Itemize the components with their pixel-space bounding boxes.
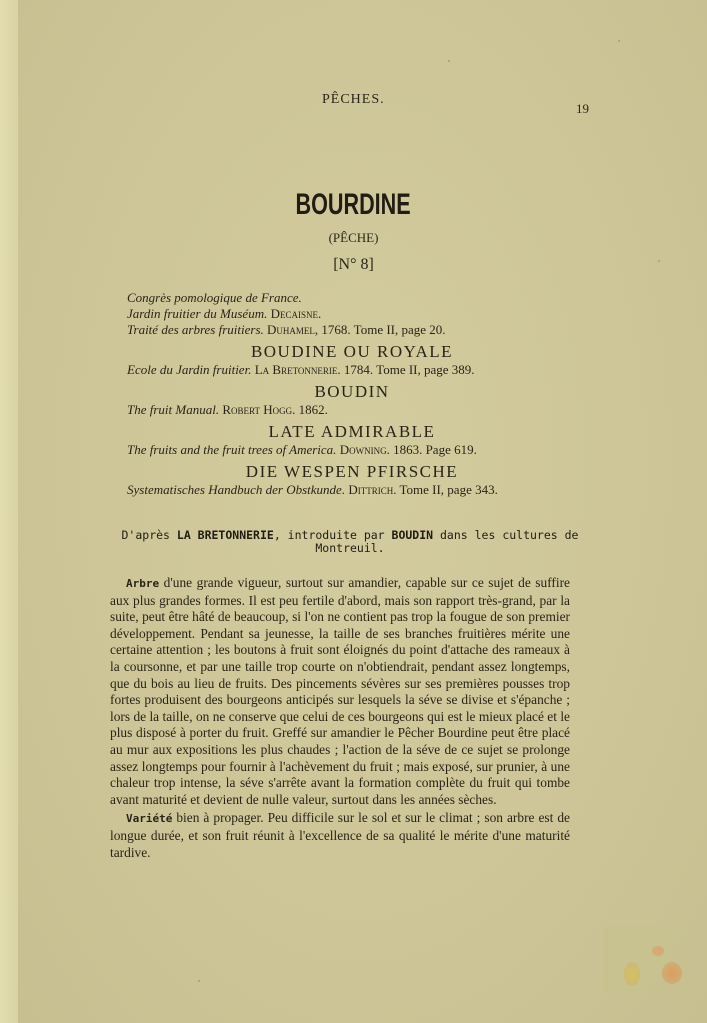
citation-author: Dittrich. bbox=[348, 482, 396, 497]
citation: Ecole du Jardin fruitier. La Bretonnerie… bbox=[127, 362, 577, 378]
citation-details: Tome II, page 343. bbox=[399, 482, 497, 497]
synonym-heading: BOUDIN bbox=[127, 382, 577, 402]
citation: Jardin fruitier du Muséum. Decaisne. bbox=[127, 306, 577, 322]
origin-note-text: , introduite par bbox=[274, 528, 392, 542]
citation-author: Decaisne. bbox=[271, 306, 322, 321]
leaf-icon bbox=[652, 946, 664, 956]
citation-work: Traité des arbres fruitiers. bbox=[127, 322, 264, 337]
citation-author: Robert Hogg. bbox=[222, 402, 295, 417]
fruit-watermark-icon bbox=[602, 926, 692, 992]
page-number: 19 bbox=[576, 101, 589, 117]
peach-icon bbox=[662, 962, 682, 984]
citation: Systematisches Handbuch der Obstkunde. D… bbox=[127, 482, 577, 498]
origin-note: D'après LA BRETONNERIE, introduite par B… bbox=[120, 529, 580, 555]
synonym-heading: DIE WESPEN PFIRSCHE bbox=[127, 462, 577, 482]
paragraph-tree: Arbre d'une grande vigueur, surtout sur … bbox=[110, 575, 570, 808]
paragraph-variety: Variété bien à propager. Peu difficile s… bbox=[110, 810, 570, 861]
citation: Traité des arbres fruitiers. Duhamel, 17… bbox=[127, 322, 577, 338]
citation: The fruits and the fruit trees of Americ… bbox=[127, 442, 577, 458]
citation-details: 1768. Tome II, page 20. bbox=[321, 322, 445, 337]
paper-speck bbox=[198, 980, 200, 982]
entry-title: BOURDINE bbox=[99, 188, 608, 222]
page-gutter-edge bbox=[0, 0, 18, 1023]
citation-work: Ecole du Jardin fruitier. bbox=[127, 362, 251, 377]
citation: Congrès pomologique de France. bbox=[127, 290, 577, 306]
book-page bbox=[18, 0, 707, 1023]
citation-work: The fruit Manual. bbox=[127, 402, 219, 417]
citation-details: 1862. bbox=[299, 402, 328, 417]
citation-work: Congrès pomologique de France. bbox=[127, 290, 302, 305]
citation-author: Duhamel, bbox=[267, 322, 318, 337]
running-head: PÊCHES. bbox=[322, 92, 385, 108]
references-block: Congrès pomologique de France. Jardin fr… bbox=[127, 290, 577, 498]
paragraph-text: d'une grande vigueur, surtout sur amandi… bbox=[110, 575, 570, 807]
entry-subtitle: (PÊCHE) bbox=[0, 230, 707, 246]
origin-note-name: LA BRETONNERIE bbox=[177, 528, 274, 542]
paragraph-lead: Variété bbox=[126, 812, 172, 825]
paragraph-lead: Arbre bbox=[126, 577, 159, 590]
description-body: Arbre d'une grande vigueur, surtout sur … bbox=[110, 575, 570, 863]
paper-speck bbox=[618, 40, 620, 42]
citation-work: Jardin fruitier du Muséum. bbox=[127, 306, 267, 321]
citation-details: 1784. Tome II, page 389. bbox=[344, 362, 475, 377]
origin-note-text: D'après bbox=[122, 528, 177, 542]
paragraph-text: bien à propager. Peu difficile sur le so… bbox=[110, 810, 570, 859]
synonym-heading: BOUDINE OU ROYALE bbox=[127, 342, 577, 362]
synonym-heading: LATE ADMIRABLE bbox=[127, 422, 577, 442]
citation-details: 1863. Page 619. bbox=[393, 442, 477, 457]
paper-speck bbox=[448, 60, 450, 62]
citation-author: Downing. bbox=[340, 442, 390, 457]
citation-work: Systematisches Handbuch der Obstkunde. bbox=[127, 482, 345, 497]
citation-author: La Bretonnerie. bbox=[255, 362, 341, 377]
entry-number: [N° 8] bbox=[0, 256, 707, 274]
citation: The fruit Manual. Robert Hogg. 1862. bbox=[127, 402, 577, 418]
pear-icon bbox=[624, 962, 640, 986]
origin-note-name: BOUDIN bbox=[392, 528, 434, 542]
citation-work: The fruits and the fruit trees of Americ… bbox=[127, 442, 336, 457]
